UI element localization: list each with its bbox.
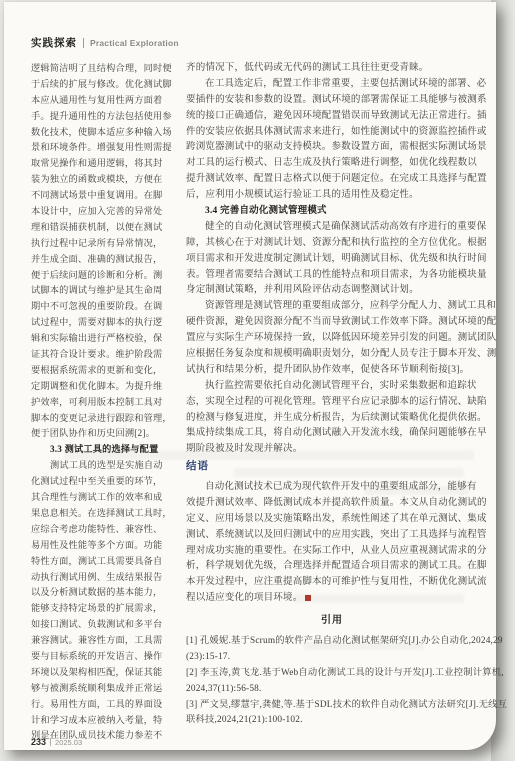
- text-line: 要根据系统需求的更新和变化，: [31, 363, 173, 379]
- section-title-cn: 实践探索: [31, 35, 77, 50]
- journal-page: 实践探索 Practical Exploration 逻辑简洁明了且结构合理，同…: [4, 2, 496, 750]
- text-line: 测试、系统测试以及回归测试中的应用实践，突出了工具选择与流程管: [186, 528, 478, 544]
- reference-line: [3] 严文昊,缪慧宇,龚健,等.基于SDL技术的软件自动化测试方法研究[J].…: [186, 698, 478, 714]
- text-line: 不同测试场景中重复调用。在脚: [31, 188, 173, 204]
- text-line: 置应与实际生产环境保持一致，以降低因环境差异引发的问题。测试团队: [186, 331, 478, 347]
- text-line: 执行监控需要依托自动化测试管理平台，实时采集数据和追踪状: [186, 379, 478, 395]
- left-text-column: 逻辑简洁明了且结构合理，同时便于后续的扩展与修改。优化测试脚本应从通用性与复用性…: [31, 61, 173, 744]
- text-line: 要与目标系统的开发语言、操作: [31, 649, 173, 665]
- text-line: 取常见操作和通用逻辑，将其封: [31, 156, 173, 172]
- conclusion-body: 自动化测试技术已成为现代软件开发中的重要组成部分，能够有效提升测试效率、降低测试…: [186, 480, 478, 591]
- text-line: 动执行测试用例、生成结果报告: [31, 570, 173, 586]
- bleed-through-artifact: [234, 468, 464, 477]
- page-footer: 233 2025.03: [31, 737, 82, 747]
- bleed-through-artifact: [64, 450, 474, 460]
- text-line: 装为独立的函数或模块，方便在: [31, 172, 173, 188]
- header-divider: [83, 38, 84, 48]
- page-number: 233: [31, 737, 46, 747]
- text-line: 资源管理是测试管理的重要组成部分，应科学分配人力、测试工具和: [186, 299, 478, 315]
- text-line: 试执行和结果分析，提升团队协作效率，促使各环节顺利衔接[3]。: [186, 363, 478, 379]
- reference-line: [2] 李玉涛,黄飞龙.基于Web自动化测试工具的设计与开发[J].工业控制计算…: [186, 666, 478, 682]
- right-text-column: 齐的情况下，低代码或无代码的测试工具往往更受青睐。在工具选定后，配置工作非常重要…: [186, 61, 478, 458]
- footer-divider: [50, 738, 51, 746]
- text-line: 行。易用性方面，工具的界面设: [31, 697, 173, 713]
- text-line: 定义、应用场景以及实施策略出发，系统性阐述了其在单元测试、集成: [186, 512, 478, 528]
- text-line: 其合理性与测试工作的效率和成: [31, 490, 173, 506]
- text-line: 应综合考虑功能特性、兼容性、: [31, 522, 173, 538]
- text-line: 理和错误捕获机制，以便在测试: [31, 220, 173, 236]
- reference-line: 联科技,2024,21(21):100-102.: [186, 713, 478, 729]
- text-line: 执行过程中记录所有异常情况，: [31, 236, 173, 252]
- text-line: 环境以及架构相匹配，保证其能: [31, 665, 173, 681]
- text-line: 本设计中，应加入完善的异常处: [31, 204, 173, 220]
- text-line: 要插件的安装和参数的设置。测试环境的部署需保证工具能够与被测系: [186, 93, 478, 109]
- text-line: 态，实现全过程的可视化管理。管理平台应记录脚本的运行情况、缺陷: [186, 395, 478, 411]
- scan-background: 实践探索 Practical Exploration 逻辑简洁明了且结构合理，同…: [0, 0, 515, 761]
- text-line: 于后续的扩展与修改。优化测试脚: [31, 77, 173, 93]
- text-line: 试脚本的调试与维护是其生命周: [31, 283, 173, 299]
- text-line: 的检测与修复进度，并生成分析报告，为后续测试策略优化提供依据。: [186, 411, 478, 427]
- text-line: 提升测试效率、配置日志格式以便于问题定位。在完成工具选择与配置: [186, 172, 478, 188]
- text-line: 化测试过程中至关重要的环节，: [31, 474, 173, 490]
- bleed-through-artifact: [364, 486, 469, 495]
- text-line: 便于后续问题的诊断和分析。测: [31, 268, 173, 284]
- text-line: 硬件资源，避免因资源分配不当而导致测试工作效率下降。测试环境的配: [186, 315, 478, 331]
- text-line: 兼容测试。兼容性方面，工具需: [31, 633, 173, 649]
- text-line: 理对成功实施的重要性。在实际工作中，从业人员应重视测试需求的分: [186, 544, 478, 560]
- bleed-through-artifact: [304, 642, 424, 650]
- text-line: 试过程中，需要对脚本的执行逻: [31, 315, 173, 331]
- text-line: 身定制测试策略，并利用风险评估动态调整测试计划。: [186, 283, 478, 299]
- text-line: 效提升测试效率、降低测试成本并提高软件质量。本文从自动化测试的: [186, 496, 478, 512]
- text-line: 跨浏览器测试中的驱动支持模块。参数设置方面，需根据实际测试场景: [186, 140, 478, 156]
- text-line: 并生成全面、准确的测试报告，: [31, 252, 173, 268]
- text-line: 计和学习成本应被纳入考量，特: [31, 713, 173, 729]
- text-line: 集成持续集成工具，将自动化测试融入开发流水线，确保问题能够在早: [186, 426, 478, 442]
- text-line: 期中不可忽视的重要阶段。在调: [31, 299, 173, 315]
- text-line: 统的接口正确通信，避免因环境配置错误而导致测试无法正常进行。插: [186, 109, 478, 125]
- text-line: 齐的情况下，低代码或无代码的测试工具往往更受青睐。: [186, 61, 478, 77]
- text-line: 特性方面，测试工具需要具备自: [31, 554, 173, 570]
- text-line: 件的安装应依据具体测试需求来进行，如性能测试中的资源监控插件或: [186, 125, 478, 141]
- text-line: 够与被测系统顺利集成并正常运: [31, 681, 173, 697]
- references-heading: 引用: [186, 612, 478, 629]
- page-header: 实践探索 Practical Exploration: [31, 35, 179, 50]
- conclusion-section: 结语 自动化测试技术已成为现代软件开发中的重要组成部分，能够有效提升测试效率、降…: [186, 458, 478, 607]
- text-line: 以及分析测试数据的基本能力，: [31, 585, 173, 601]
- reference-line: (23):15-17.: [186, 650, 478, 666]
- text-line: 应根据任务复杂度和规模明确职责划分，如分配人员专注于脚本开发、测: [186, 347, 478, 363]
- text-line: 果息息相关。在选择测试工具时，: [31, 506, 173, 522]
- text-line: 能够支持特定场景的扩展需求，: [31, 601, 173, 617]
- references-section: 引用 [1] 孔媛妮.基于Scrum的软件产品自动化测试框架研究[J].办公自动…: [186, 612, 478, 729]
- text-line: 在工具选定后，配置工作非常重要，主要包括测试环境的部署、必: [186, 77, 478, 93]
- text-line: 易用性及性能等多个方面。功能: [31, 538, 173, 554]
- reference-line: 2024,37(11):56-58.: [186, 682, 478, 698]
- text-line: 景和环境条件。增强复用性则需提: [31, 140, 173, 156]
- text-line: 手。提升通用性的方法包括使用参: [31, 109, 173, 125]
- text-line: 析，科学规划优先级，合理选择并配置适合项目需求的测试工具。在脚: [186, 559, 478, 575]
- text-line: 健全的自动化测试管理模式是确保测试活动高效有序进行的重要保: [186, 220, 478, 236]
- text-line: 表。管理者需要结合测试工具的性能特点和项目需求，为各功能模块量: [186, 268, 478, 284]
- bleed-through-artifact: [294, 594, 464, 603]
- text-line: 便于团队协作和历史回溯[2]。: [31, 426, 173, 442]
- text-line: 数化技术，使脚本适应多种输入场: [31, 125, 173, 141]
- text-line: 证其符合设计要求。维护阶段需: [31, 347, 173, 363]
- text-line: 测试工具的选型是实施自动: [31, 458, 173, 474]
- text-line: 逻辑简洁明了且结构合理，同时便: [31, 61, 173, 77]
- text-line: 后，应利用小规模试运行验证工具的适用性及稳定性。: [186, 188, 478, 204]
- text-line: 如接口测试、负载测试和多平台: [31, 617, 173, 633]
- text-line: 对工具的运行模式、日志生成及执行策略进行调整，如优化线程数以: [186, 156, 478, 172]
- text-line: 3.4 完善自动化测试管理模式: [186, 204, 478, 220]
- text-line: 项目需求和开发进度制定测试计划，明确测试目标、优先级和执行时间: [186, 252, 478, 268]
- text-line: 障，其核心在于对测试计划、资源分配和执行监控的全方位优化。根据: [186, 236, 478, 252]
- text-line: 辑和实际输出进行严格校验，保: [31, 331, 173, 347]
- section-title-en: Practical Exploration: [90, 38, 179, 48]
- text-line: 本应从通用性与复用性两方面着: [31, 93, 173, 109]
- text-line: 护效率，可利用版本控制工具对: [31, 395, 173, 411]
- text-line: 定期调整和优化脚本。为提升维: [31, 379, 173, 395]
- text-line: 本开发过程中，应注重提高脚本的可维护性与复用性，不断优化测试流: [186, 575, 478, 591]
- text-line: 程以适应变化的项目环境。: [186, 593, 302, 603]
- text-line: 脚本的变更记录进行跟踪和管理，: [31, 411, 173, 427]
- issue-label: 2025.03: [55, 738, 82, 747]
